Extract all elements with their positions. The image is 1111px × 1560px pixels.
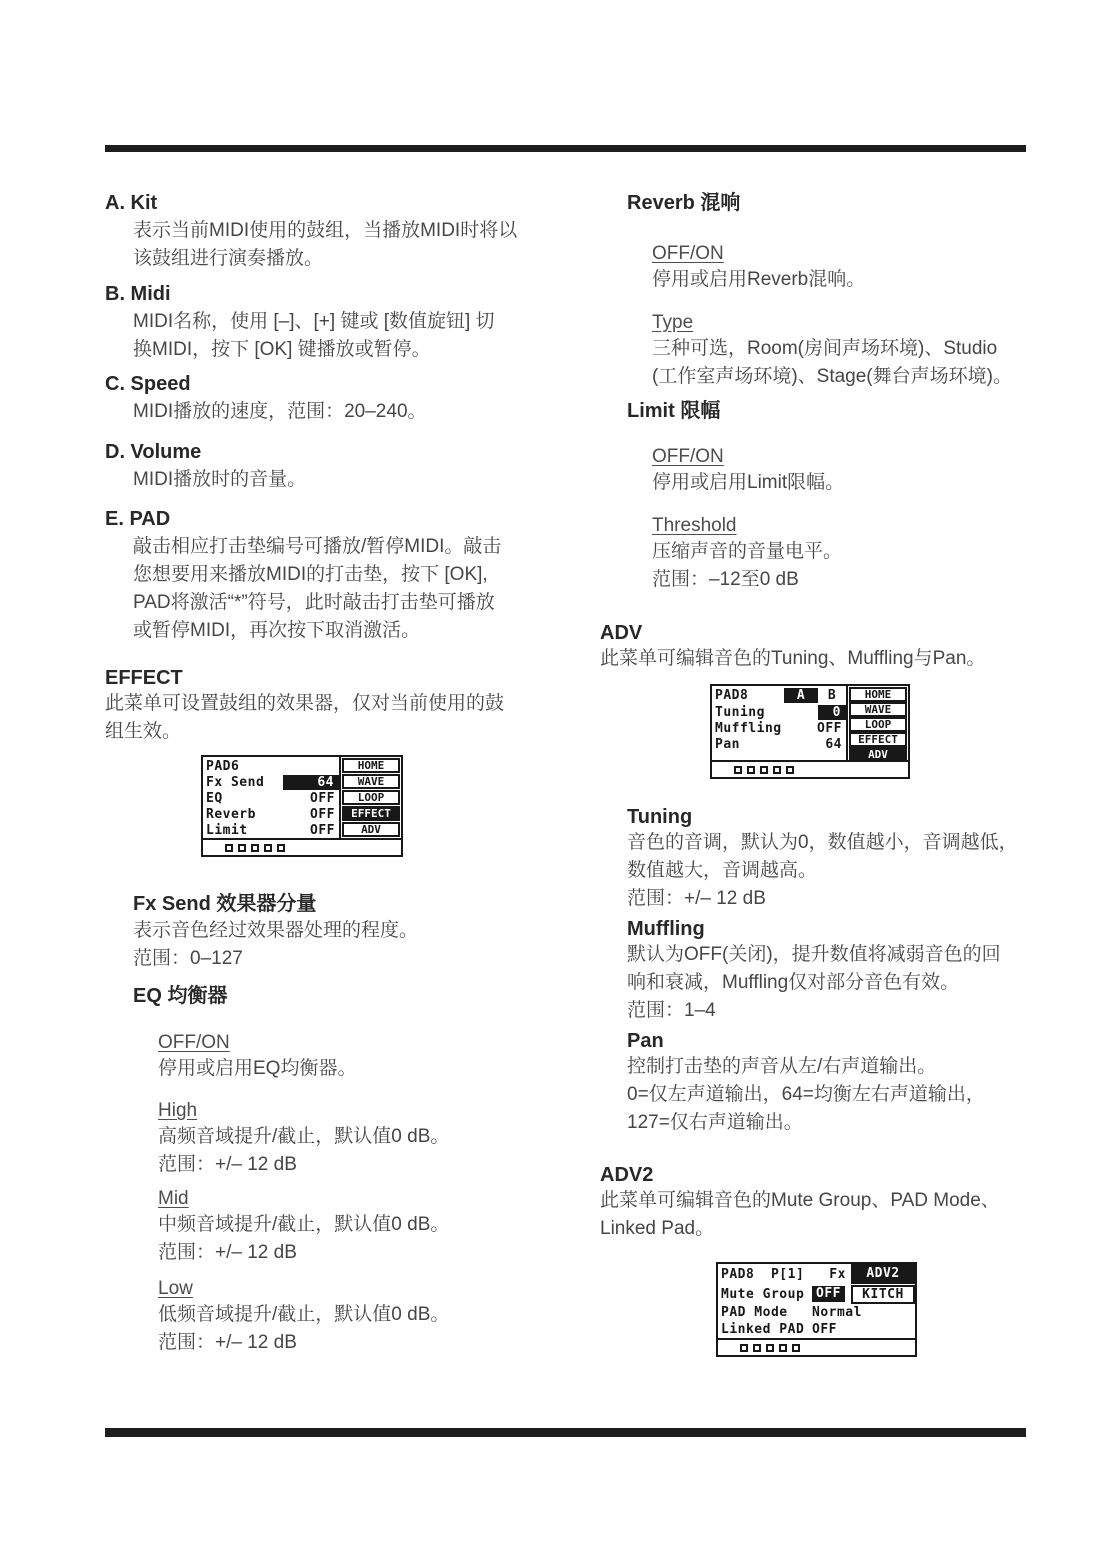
high-body: 高频音域提升/截止，默认值0 dB。 范围：+/– 12 dB — [158, 1123, 449, 1179]
lcd-side-menu: HOME WAVE LOOP EFFECT ADV — [341, 757, 401, 838]
page-indicator-square — [779, 1344, 787, 1352]
adv2-body: 此菜单可编辑音色的Mute Group、PAD Mode、 Linked Pad… — [600, 1187, 1000, 1243]
lcd-row-reverb: Reverb OFF — [203, 806, 339, 822]
lcd-menu-loop: LOOP — [849, 717, 907, 732]
lcd-menu-home: HOME — [849, 687, 907, 702]
page-indicator-square — [238, 844, 246, 852]
lcd-row-value-selected: 0 — [818, 705, 846, 720]
page-indicator-square — [277, 844, 285, 852]
adv-title: ADV — [600, 620, 642, 646]
lcd-effect-main: PAD6 Fx Send 64 EQ OFF Reverb OFF Limit … — [203, 757, 341, 838]
lcd-row-fxsend: Fx Send 64 — [203, 774, 339, 790]
lcd-effect-title-row: PAD6 — [203, 758, 339, 774]
lcd-row-label: Pan — [715, 737, 740, 752]
page-indicator-square — [753, 1344, 761, 1352]
lcd-row-label: Fx Send — [206, 775, 264, 790]
lcd-pad-label: PAD6 — [206, 759, 239, 774]
page-indicator-square — [766, 1344, 774, 1352]
lcd-row-label: Linked PAD — [718, 1322, 812, 1337]
lcd-row-label: EQ — [206, 791, 223, 806]
lcd-row-pan: Pan 64 — [712, 736, 846, 752]
lcd-row-value: OFF — [310, 791, 339, 806]
lcd-row-label: Limit — [206, 823, 248, 838]
page-indicator-square — [264, 844, 272, 852]
manual-page: A. Kit 表示当前MIDI使用的鼓组，当播放MIDI时将以 该鼓组进行演奏播… — [0, 0, 1111, 1560]
lcd-row-muffling: Muffling OFF — [712, 720, 846, 736]
fxsend-body: 表示音色经过效果器处理的程度。 范围：0–127 — [133, 917, 418, 973]
lcd-menu-loop: LOOP — [342, 790, 400, 805]
lcd-row-label: Tuning — [715, 705, 765, 720]
speed-body: MIDI播放的速度，范围：20–240。 — [133, 398, 427, 426]
effect-title: EFFECT — [105, 665, 183, 691]
pan-body: 控制打击垫的声音从左/右声道输出。 0=仅左声道输出，64=均衡左右声道输出， … — [627, 1053, 985, 1137]
lcd-tab-a-active: A — [784, 688, 818, 703]
lcd-adv2-badge-active: ADV2 — [851, 1264, 915, 1284]
bottom-rule — [105, 1428, 1026, 1437]
mid-title: Mid — [158, 1186, 189, 1212]
midi-title: B. Midi — [105, 281, 171, 307]
adv-body: 此菜单可编辑音色的Tuning、Muffling与Pan。 — [600, 645, 985, 673]
lcd-row-value: OFF — [817, 721, 846, 736]
lcd-row-value: Normal — [812, 1305, 862, 1320]
pan-title: Pan — [627, 1028, 664, 1054]
page-indicator-square — [225, 844, 233, 852]
lcd-tab-b: B — [818, 688, 846, 703]
limit-offon-title: OFF/ON — [652, 444, 724, 470]
lcd-pager — [203, 838, 401, 855]
lcd-adv-main: PAD8 A B Tuning 0 Muffling OFF Pan 64 — [712, 686, 848, 760]
lcd-menu-home: HOME — [342, 758, 400, 773]
page-indicator-square — [792, 1344, 800, 1352]
kit-body: 表示当前MIDI使用的鼓组，当播放MIDI时将以 该鼓组进行演奏播放。 — [133, 217, 517, 273]
lcd-pager — [718, 1338, 915, 1355]
low-title: Low — [158, 1276, 193, 1302]
lcd-pager — [712, 760, 908, 777]
type-body: 三种可选，Room(房间声场环境)、Studio (工作室声场环境)、Stage… — [652, 335, 1012, 391]
effect-body: 此菜单可设置鼓组的效果器，仅对当前使用的鼓 组生效。 — [105, 690, 504, 746]
lcd-adv2-header: PAD8 P[1] Fx — [718, 1267, 851, 1282]
reverb-offon-title: OFF/ON — [652, 241, 724, 267]
lcd-row-pad-mode: PAD Mode Normal — [718, 1304, 915, 1321]
low-body: 低频音域提升/截止，默认值0 dB。 范围：+/– 12 dB — [158, 1301, 449, 1357]
type-title: Type — [652, 310, 693, 336]
reverb-title: Reverb 混响 — [627, 190, 740, 216]
high-title: High — [158, 1098, 197, 1124]
lcd-row-value-selected: OFF — [812, 1286, 845, 1302]
muffling-title: Muffling — [627, 916, 705, 942]
lcd-menu-wave: WAVE — [849, 702, 907, 717]
lcd-row-eq: EQ OFF — [203, 790, 339, 806]
lcd-kit-name-box: KITCH — [851, 1285, 915, 1304]
lcd-row-value: OFF — [310, 823, 339, 838]
tuning-body: 音色的音调，默认为0，数值越小，音调越低， 数值越大，音调越高。 范围：+/– … — [627, 829, 1018, 913]
page-indicator-square — [760, 766, 768, 774]
threshold-title: Threshold — [652, 513, 737, 539]
volume-title: D. Volume — [105, 439, 201, 465]
page-indicator-square — [786, 766, 794, 774]
lcd-pad-label: PAD8 — [715, 688, 748, 703]
lcd-menu-adv: ADV — [342, 822, 400, 837]
limit-title: Limit 限幅 — [627, 398, 720, 424]
lcd-menu-effect: EFFECT — [342, 806, 400, 821]
lcd-row-linked-pad: Linked PAD OFF — [718, 1321, 915, 1338]
midi-body: MIDI名称，使用 [–]、[+] 键或 [数值旋钮] 切 换MIDI，按下 [… — [133, 308, 495, 364]
page-indicator-square — [747, 766, 755, 774]
pad-body: 敲击相应打击垫编号可播放/暂停MIDI。敲击 您想要用来播放MIDI的打击垫，按… — [133, 533, 501, 645]
mid-body: 中频音域提升/截止，默认值0 dB。 范围：+/– 12 dB — [158, 1211, 449, 1267]
lcd-row-label: Reverb — [206, 807, 256, 822]
lcd-row-label: PAD Mode — [718, 1305, 812, 1320]
lcd-adv-title-row: PAD8 A B — [712, 687, 846, 704]
lcd-screen-adv: PAD8 A B Tuning 0 Muffling OFF Pan 64 — [710, 684, 910, 779]
lcd-row-limit: Limit OFF — [203, 822, 339, 838]
lcd-row-label: Mute Group — [718, 1287, 812, 1302]
fxsend-title: Fx Send 效果器分量 — [133, 891, 316, 917]
eq-offon-title: OFF/ON — [158, 1030, 230, 1056]
tuning-title: Tuning — [627, 804, 692, 830]
page-indicator-square — [740, 1344, 748, 1352]
lcd-menu-effect: EFFECT — [849, 732, 907, 747]
threshold-body: 压缩声音的音量电平。 范围：–12至0 dB — [652, 538, 842, 594]
lcd-row-value: OFF — [310, 807, 339, 822]
lcd-screen-effect: PAD6 Fx Send 64 EQ OFF Reverb OFF Limit … — [201, 755, 403, 857]
eq-offon-body: 停用或启用EQ均衡器。 — [158, 1055, 356, 1083]
lcd-row-tuning: Tuning 0 — [712, 704, 846, 720]
eq-title: EQ 均衡器 — [133, 983, 227, 1009]
lcd-row-label: Muffling — [715, 721, 782, 736]
kit-title: A. Kit — [105, 190, 157, 216]
lcd-row-value: OFF — [812, 1322, 837, 1337]
lcd-screen-adv2: PAD8 P[1] Fx ADV2 Mute Group OFF KITCH P… — [716, 1262, 917, 1357]
lcd-row-value-selected: 64 — [283, 775, 339, 790]
lcd-side-menu: HOME WAVE LOOP EFFECT ADV — [848, 686, 908, 760]
pad-title: E. PAD — [105, 506, 170, 532]
lcd-row-mute-group: Mute Group OFF KITCH — [718, 1284, 915, 1304]
page-indicator-square — [734, 766, 742, 774]
page-indicator-square — [773, 766, 781, 774]
page-indicator-square — [251, 844, 259, 852]
volume-body: MIDI播放时的音量。 — [133, 466, 306, 494]
reverb-offon-body: 停用或启用Reverb混响。 — [652, 266, 865, 294]
speed-title: C. Speed — [105, 371, 191, 397]
lcd-menu-wave: WAVE — [342, 774, 400, 789]
lcd-row-value: 64 — [825, 737, 846, 752]
limit-offon-body: 停用或启用Limit限幅。 — [652, 469, 844, 497]
adv2-title: ADV2 — [600, 1162, 653, 1188]
lcd-adv2-header-row: PAD8 P[1] Fx ADV2 — [718, 1264, 915, 1284]
top-rule — [105, 145, 1026, 152]
muffling-body: 默认为OFF(关闭)，提升数值将减弱音色的回 响和衰减，Muffling仅对部分… — [627, 941, 1001, 1025]
